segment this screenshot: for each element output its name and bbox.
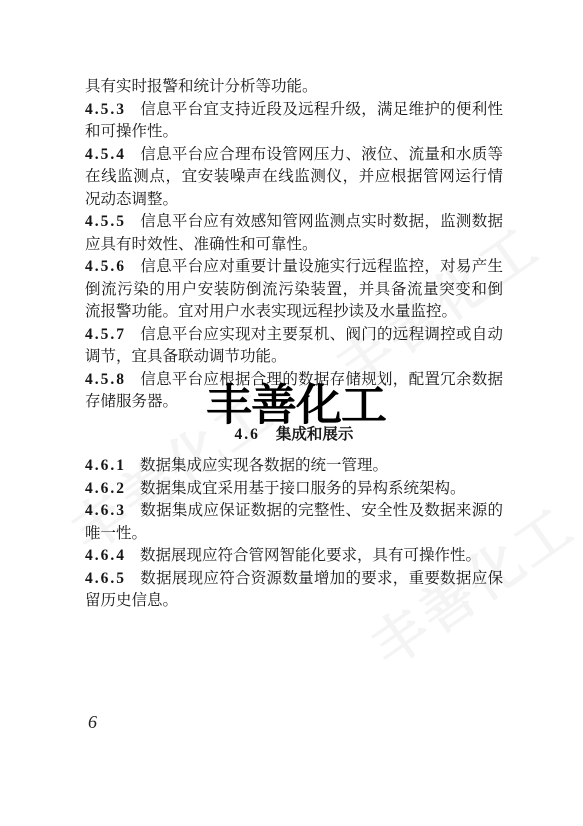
clause-4-5-4: 4.5.4信息平台应合理布设管网压力、液位、流量和水质等在线监测点，宜安装噪声在…	[85, 144, 503, 212]
clause-text: 信息平台应实现对主要泵机、阀门的远程调控或自动调节，宜具备联动调节功能。	[85, 326, 503, 366]
clause-4-6-3: 4.6.3数据集成应保证数据的完整性、安全性及数据来源的唯一性。	[85, 500, 503, 545]
clause-4-6-4: 4.6.4数据展现应符合管网智能化要求，具有可操作性。	[85, 545, 503, 568]
clause-number: 4.5.4	[85, 146, 126, 163]
clause-4-5-7: 4.5.7信息平台应实现对主要泵机、阀门的远程调控或自动调节，宜具备联动调节功能…	[85, 324, 503, 369]
page-content: 具有实时报警和统计分析等功能。 4.5.3信息平台宜支持近段及远程升级，满足维护…	[85, 76, 503, 613]
clause-4-5-5: 4.5.5信息平台应有效感知管网监测点实时数据，监测数据应具有时效性、准确性和可…	[85, 211, 503, 256]
clause-text: 信息平台应合理布设管网压力、液位、流量和水质等在线监测点，宜安装噪声在线监测仪，…	[85, 146, 503, 208]
clause-number: 4.5.8	[85, 371, 126, 388]
clause-text: 信息平台宜支持近段及远程升级，满足维护的便利性和可操作性。	[85, 101, 503, 141]
clause-text: 数据集成应实现各数据的统一管理。	[140, 457, 388, 474]
document-page: 丰善化工 丰善化工 丰善化工 具有实时报警和统计分析等功能。 4.5.3信息平台…	[0, 0, 583, 826]
page-number: 6	[88, 712, 97, 733]
clause-4-5-6: 4.5.6信息平台应对重要计量设施实行远程监控，对易产生倒流污染的用户安装防倒流…	[85, 256, 503, 324]
clause-text: 具有实时报警和统计分析等功能。	[85, 78, 318, 95]
clause-text: 信息平台应对重要计量设施实行远程监控，对易产生倒流污染的用户安装防倒流污染装置，…	[85, 258, 503, 320]
clause-number: 4.5.6	[85, 258, 126, 275]
clause-number: 4.6.2	[85, 480, 126, 497]
clause-number: 4.5.5	[85, 213, 126, 230]
clause-text: 数据展现应符合管网智能化要求，具有可操作性。	[140, 547, 481, 564]
clause-4-6-5: 4.6.5数据展现应符合资源数量增加的要求，重要数据应保留历史信息。	[85, 568, 503, 613]
overlay-watermark: 丰善化工	[206, 383, 386, 427]
clause-number: 4.6.3	[85, 502, 126, 519]
clause-number: 4.5.3	[85, 101, 126, 118]
clause-number: 4.6.5	[85, 570, 126, 587]
clause-number: 4.6.1	[85, 457, 126, 474]
paragraph-continuation: 具有实时报警和统计分析等功能。	[85, 76, 503, 99]
clause-text: 数据集成应保证数据的完整性、安全性及数据来源的唯一性。	[85, 502, 503, 542]
clause-text: 信息平台应有效感知管网监测点实时数据，监测数据应具有时效性、准确性和可靠性。	[85, 213, 503, 253]
clause-4-6-1: 4.6.1数据集成应实现各数据的统一管理。	[85, 455, 503, 478]
clause-number: 4.6.4	[85, 547, 126, 564]
clause-4-6-2: 4.6.2数据集成宜采用基于接口服务的异构系统架构。	[85, 478, 503, 501]
clause-number: 4.5.7	[85, 326, 126, 343]
clause-text: 数据展现应符合资源数量增加的要求，重要数据应保留历史信息。	[85, 570, 503, 610]
clause-4-5-3: 4.5.3信息平台宜支持近段及远程升级，满足维护的便利性和可操作性。	[85, 99, 503, 144]
clause-text: 数据集成宜采用基于接口服务的异构系统架构。	[140, 480, 466, 497]
